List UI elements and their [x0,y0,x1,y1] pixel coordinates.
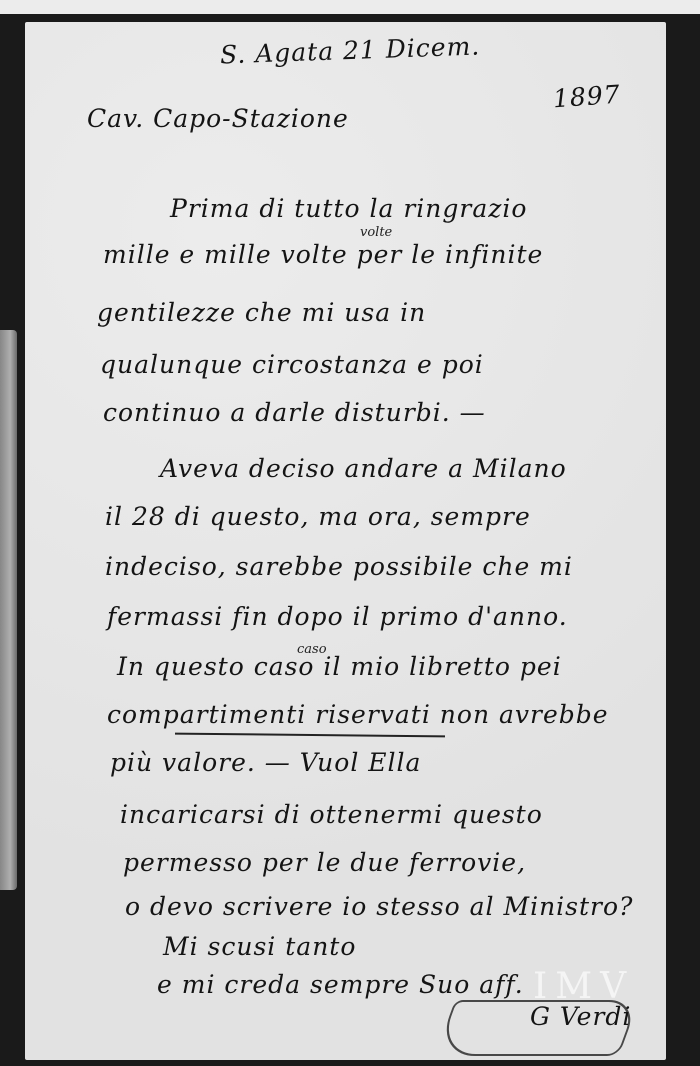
body-line-12: più valore. — Vuol Ella [110,748,421,777]
body-line-17: e mi creda sempre Suo aff. [157,970,524,999]
body-line-11: compartimenti riservati non avrebbe [107,700,609,729]
body-line-15: o devo scrivere io stesso al Ministro? [125,892,633,921]
letter-paper: S. Agata 21 Dicem. 1897 Cav. Capo-Stazio… [25,22,666,1060]
underline [175,733,445,738]
body-line-2: mille e mille volte per le infinite [103,240,543,269]
body-line-1: Prima di tutto la ringrazio [170,194,527,223]
insertion-volte: volte [360,225,392,240]
body-line-16: Mi scusi tanto [163,932,356,961]
body-line-8: indeciso, sarebbe possibile che mi [105,552,573,581]
body-line-13: incaricarsi di ottenermi questo [120,800,543,829]
body-line-5: continuo a darle disturbi. — [103,398,486,427]
body-line-4: qualunque circostanza e poi [100,350,484,379]
body-line-10: In questo caso il mio libretto pei [117,652,562,681]
body-line-14: permesso per le due ferrovie, [123,848,526,877]
body-line-6: Aveva deciso andare a Milano [160,454,567,483]
body-line-7: il 28 di questo, ma ora, sempre [105,502,531,531]
body-line-3: gentilezze che mi usa in [97,298,426,327]
salutation: Cav. Capo-Stazione [87,104,349,133]
paper-fold-edge [0,330,17,890]
body-line-9: fermassi fin dopo il primo d'anno. [107,602,568,631]
place-date: S. Agata 21 Dicem. [220,31,481,69]
watermark: IMV [533,966,634,1007]
year: 1897 [552,80,621,114]
